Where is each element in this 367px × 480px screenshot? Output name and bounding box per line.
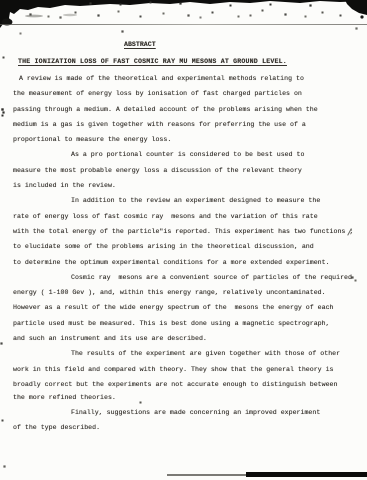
abstract-line: However as a result of the wide energy s… xyxy=(13,300,359,315)
abstract-line: work in this field and compared with the… xyxy=(13,362,359,377)
abstract-line: Finally, suggestions are made concerning… xyxy=(13,405,359,420)
abstract-line: rate of energy loss of fast cosmic ray m… xyxy=(13,209,359,224)
abstract-line: measure the most probable energy loss a … xyxy=(13,163,359,178)
scanned-abstract-page: ABSTRACT THE IONIZATION LOSS OF FAST COS… xyxy=(0,0,367,480)
abstract-line: particle used must be measured. This is … xyxy=(13,316,359,331)
paragraph: The results of the experiment are given … xyxy=(13,346,359,404)
abstract-line: to elucidate some of the problems arisin… xyxy=(13,239,359,254)
abstract-line: and such an instrument and its use are d… xyxy=(13,331,359,346)
abstract-line: with the total energy of the particle"is… xyxy=(13,224,359,239)
scan-torn-edge xyxy=(0,0,367,32)
abstract-line: is included in the review. xyxy=(13,178,359,193)
paragraph: As a pro portional counter is considered… xyxy=(13,147,359,193)
abstract-line: medium is a gas is given together with r… xyxy=(13,117,359,132)
abstract-line: A review is made of the theoretical and … xyxy=(13,71,359,86)
abstract-heading: ABSTRACT xyxy=(124,38,156,52)
abstract-line: Cosmic ray mesons are a convenient sourc… xyxy=(13,270,359,285)
abstract-line: proportional to measure the energy loss. xyxy=(13,132,359,147)
abstract-line: broadly correct but the experiments are … xyxy=(13,377,359,392)
paragraph: A review is made of the theoretical and … xyxy=(13,71,359,147)
abstract-content: ABSTRACT THE IONIZATION LOSS OF FAST COS… xyxy=(13,38,359,435)
scan-artifact-line xyxy=(0,24,367,25)
paragraph: Cosmic ray mesons are a convenient sourc… xyxy=(13,270,359,346)
paragraph: In addition to the review an experiment … xyxy=(13,193,359,269)
abstract-line: The results of the experiment are given … xyxy=(13,346,359,361)
abstract-line: the more refined theories. xyxy=(13,392,359,404)
scan-noise-specks xyxy=(0,0,1,1)
abstract-line: In addition to the review an experiment … xyxy=(13,193,359,208)
abstract-line: energy ( 1-100 Gev ), and, within this e… xyxy=(13,285,359,300)
abstract-line: As a pro portional counter is considered… xyxy=(13,147,359,162)
abstract-paragraphs: A review is made of the theoretical and … xyxy=(13,71,359,435)
abstract-line: the measurement of energy loss by ionisa… xyxy=(13,86,359,101)
abstract-line: passing through a medium. A detailed acc… xyxy=(13,102,359,117)
paragraph: Finally, suggestions are made concerning… xyxy=(13,405,359,436)
abstract-line: of the type described. xyxy=(13,420,359,435)
scan-bottom-bar xyxy=(246,472,367,477)
thesis-title: THE IONIZATION LOSS OF FAST COSMIC RAY M… xyxy=(18,55,287,69)
abstract-line: to determine the optimum experimental co… xyxy=(13,255,359,270)
scan-bottom-line xyxy=(167,474,249,476)
